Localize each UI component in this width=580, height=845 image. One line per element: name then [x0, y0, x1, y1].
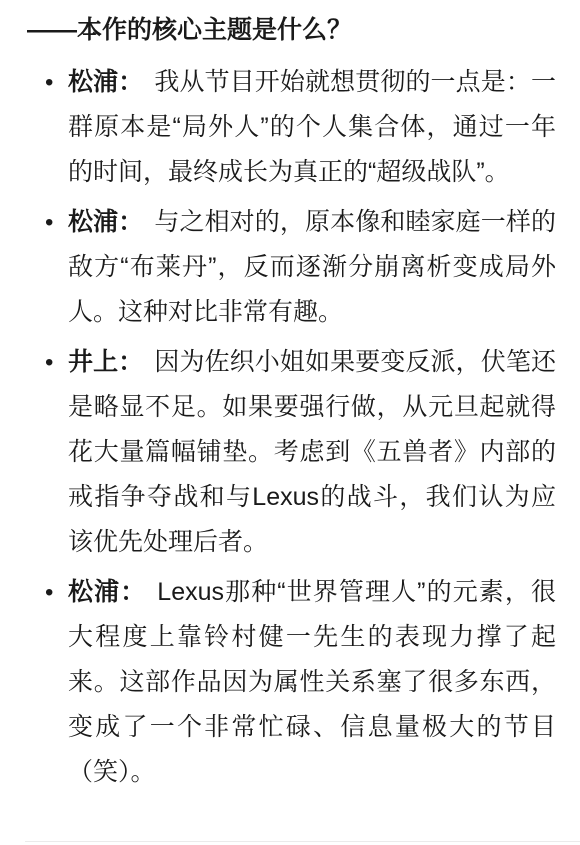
list-item-4: 松浦：Lexus那种“世界管理人”的元素，很大程度上靠铃村健一先生的表现力撑了起… — [68, 570, 556, 795]
list-item-2: 松浦：与之相对的，原本像和睦家庭一样的敌方“布莱丹”，反而逐渐分崩离析变成局外人… — [68, 200, 556, 335]
speech-text: 因为佐织小姐如果要变反派，伏笔还是略显不足。如果要强行做，从元旦起就得花大量篇幅… — [68, 348, 556, 556]
section-heading: ——本作的核心主题是什么？ — [27, 14, 556, 46]
list-item-1: 松浦：我从节目开始就想贯彻的一点是：一群原本是“局外人”的个人集合体，通过一年的… — [68, 60, 556, 195]
speech-text: Lexus那种“世界管理人”的元素，很大程度上靠铃村健一先生的表现力撑了起来。这… — [68, 578, 556, 786]
list-item-3: 井上：因为佐织小姐如果要变反派，伏笔还是略显不足。如果要强行做，从元旦起就得花大… — [68, 340, 556, 565]
speaker-name: 松浦： — [68, 578, 146, 606]
bottom-divider — [25, 841, 580, 842]
speaker-name: 松浦： — [68, 68, 143, 96]
bullet-list: 松浦：我从节目开始就想贯彻的一点是：一群原本是“局外人”的个人集合体，通过一年的… — [27, 60, 556, 795]
interview-transcript: ——本作的核心主题是什么？ 松浦：我从节目开始就想贯彻的一点是：一群原本是“局外… — [0, 0, 580, 795]
speaker-name: 井上： — [68, 348, 143, 376]
speaker-name: 松浦： — [68, 208, 143, 236]
